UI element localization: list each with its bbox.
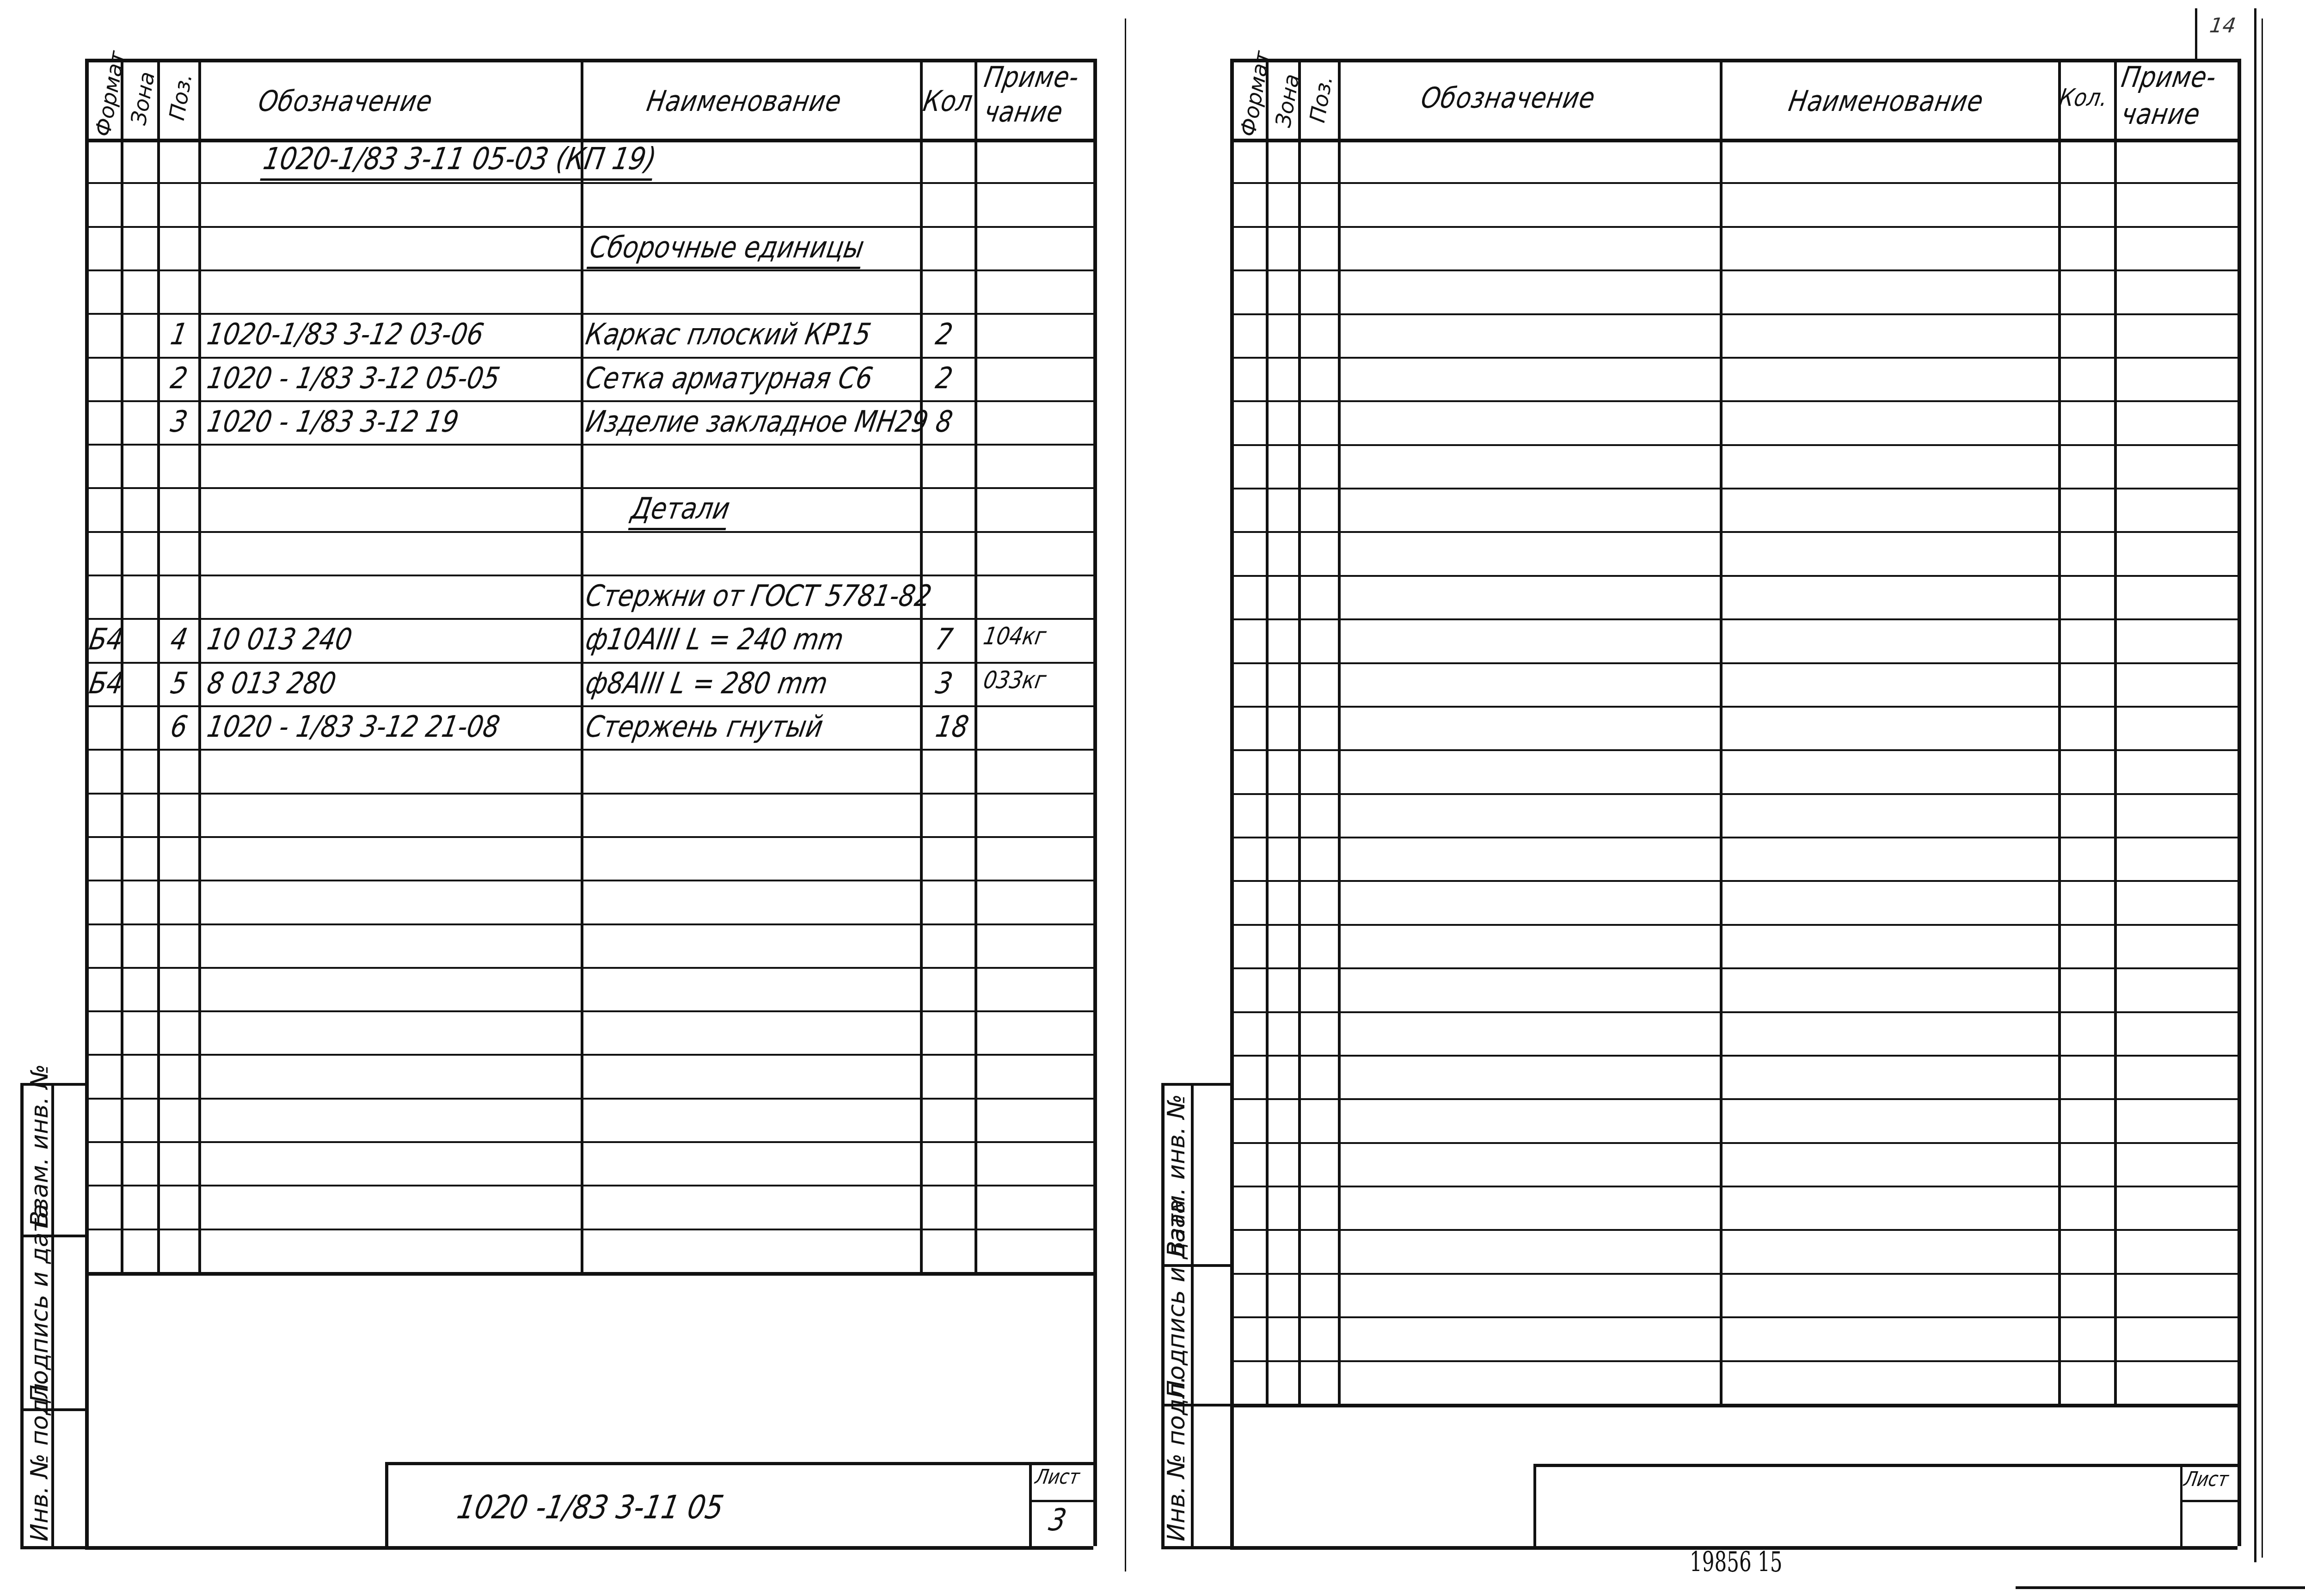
- left-sheet-cell-left: [1029, 1462, 1032, 1546]
- left-row-format: Б4: [86, 623, 126, 657]
- left-row-qty: 3: [933, 667, 955, 701]
- right-header-bottom-border: [1230, 139, 2238, 142]
- left-row-line: [85, 923, 1093, 925]
- left-column-line: [85, 59, 89, 1546]
- left-row-line: [85, 793, 1093, 795]
- left-stamp-inv-orig: Инв. № подл.: [26, 1376, 54, 1541]
- left-stamp-bottom: [20, 1546, 85, 1549]
- left-column-line: [121, 59, 123, 1272]
- right-row-line: [1230, 226, 2238, 228]
- left-header-pos: Поз.: [164, 72, 197, 122]
- left-sheet-number: 3: [1046, 1502, 1069, 1538]
- right-table-bottom-border: [1230, 1404, 2238, 1407]
- left-column-line: [1093, 59, 1097, 1546]
- left-row-name: Сетка арматурная С6: [583, 361, 875, 396]
- left-frame-bottom: [85, 1546, 1093, 1550]
- left-row-qty: 2: [933, 361, 955, 396]
- right-row-line: [1230, 1316, 2238, 1318]
- right-header-note-1: Приме-: [2119, 60, 2219, 94]
- left-sheet-label: Лист: [1034, 1465, 1082, 1489]
- right-row-line: [1230, 1011, 2238, 1013]
- right-stamp-bottom: [1161, 1546, 1230, 1549]
- left-row-name: Стержни от ГОСТ 5781-82: [583, 579, 934, 613]
- left-stamp-outer: [20, 1083, 24, 1546]
- left-row-pos: 3: [168, 405, 190, 439]
- left-row-line: [85, 400, 1093, 402]
- left-row-line: [85, 531, 1093, 533]
- left-row-designation: 10 013 240: [204, 623, 355, 657]
- left-row-name: Изделие закладное МН29: [583, 405, 931, 439]
- right-row-line: [1230, 662, 2238, 664]
- left-header-zone: Зона: [126, 70, 159, 127]
- left-stamp-signature-date: Подпись и дата: [26, 1204, 54, 1403]
- left-row-note: 033кг: [981, 667, 1048, 694]
- left-header-name: Наименование: [644, 84, 845, 118]
- left-row-line: [85, 182, 1093, 184]
- right-header-format: Формат: [1235, 49, 1275, 138]
- right-row-line: [1230, 1055, 2238, 1057]
- left-column-line: [975, 59, 977, 1272]
- right-row-line: [1230, 182, 2238, 184]
- left-row-qty: 2: [933, 318, 955, 352]
- right-row-line: [1230, 269, 2238, 271]
- right-column-line: [1338, 59, 1341, 1404]
- right-column-line: [1720, 59, 1723, 1404]
- left-row-name: Стержень гнутый: [583, 710, 825, 744]
- center-binding-line: [1125, 18, 1126, 1572]
- left-row-name: Сборочные единицы: [587, 231, 867, 269]
- left-spec-title: 1020-1/83 3-11 05-03 (КП 19): [260, 141, 659, 181]
- left-row-qty: 18: [933, 710, 971, 744]
- left-row-line: [85, 444, 1093, 446]
- right-row-line: [1230, 488, 2238, 489]
- left-row-line: [85, 1229, 1093, 1230]
- left-title-block-left: [385, 1462, 388, 1546]
- right-sheet-cell-divider: [2180, 1500, 2238, 1502]
- right-stamp-signature-date: Подпись и дата: [1163, 1199, 1190, 1398]
- left-row-designation: 1020 - 1/83 3-12 05-05: [204, 361, 502, 396]
- left-stamp-replace-inv: Взам. инв. №: [26, 1064, 54, 1227]
- left-header-note-2: чание: [982, 95, 1066, 128]
- left-row-line: [85, 749, 1093, 751]
- left-row-line: [85, 1185, 1093, 1186]
- left-row-name: Детали: [628, 492, 733, 530]
- right-row-line: [1230, 837, 2238, 838]
- left-row-designation: 1020 - 1/83 3-12 21-08: [204, 710, 502, 744]
- right-title-block-top: [1533, 1464, 2238, 1467]
- left-row-name: Каркас плоский КР15: [583, 318, 873, 352]
- right-header-pos: Поз.: [1305, 74, 1337, 125]
- right-title-block-left: [1533, 1464, 1536, 1546]
- left-row-line: [85, 705, 1093, 707]
- right-column-line: [2058, 59, 2061, 1404]
- right-row-line: [1230, 357, 2238, 359]
- right-column-line: [1298, 59, 1301, 1404]
- left-title-block-top: [385, 1462, 1093, 1465]
- left-row-pos: 6: [168, 710, 190, 744]
- left-row-pos: 2: [168, 361, 190, 396]
- right-stamp-top: [1161, 1083, 1230, 1086]
- left-row-line: [85, 1054, 1093, 1056]
- left-column-line: [581, 59, 583, 1272]
- right-row-line: [1230, 793, 2238, 795]
- right-row-line: [1230, 880, 2238, 882]
- right-row-line: [1230, 1360, 2238, 1362]
- right-column-line: [2238, 59, 2241, 1546]
- left-row-line: [85, 836, 1093, 838]
- right-row-line: [1230, 1186, 2238, 1187]
- left-title-block-designation: 1020 -1/83 3-11 05: [454, 1488, 726, 1526]
- left-row-line: [85, 880, 1093, 881]
- left-row-line: [85, 1010, 1093, 1012]
- left-row-qty: 7: [933, 623, 955, 657]
- right-row-line: [1230, 400, 2238, 402]
- right-row-line: [1230, 924, 2238, 926]
- left-table-bottom-border: [85, 1272, 1093, 1276]
- left-row-line: [85, 269, 1093, 271]
- left-row-format: Б4: [86, 667, 126, 701]
- right-header-designation: Обозначение: [1419, 81, 1598, 115]
- right-stamp-inv-orig: Инв. № подл.: [1163, 1376, 1190, 1541]
- right-stamp-inner: [1191, 1083, 1194, 1546]
- right-header-note-2: чание: [2119, 97, 2203, 131]
- left-row-line: [85, 967, 1093, 969]
- left-header-note-1: Приме-: [982, 60, 1082, 94]
- left-row-name: ф8АIII L = 280 mm: [583, 667, 830, 701]
- right-row-line: [1230, 1229, 2238, 1231]
- right-row-line: [1230, 706, 2238, 708]
- outer-right-margin-line: [2254, 8, 2256, 1562]
- right-row-line: [1230, 1142, 2238, 1144]
- right-column-line: [2114, 59, 2117, 1404]
- left-table-top-border: [85, 59, 1093, 62]
- left-row-line: [85, 618, 1093, 620]
- right-sheet-label: Лист: [2182, 1468, 2231, 1491]
- left-row-line: [85, 662, 1093, 664]
- left-row-line: [85, 575, 1093, 576]
- right-row-line: [1230, 575, 2238, 577]
- right-table-top-border: [1230, 59, 2238, 62]
- left-row-note: 104кг: [981, 623, 1048, 650]
- left-header-format: Формат: [90, 49, 130, 138]
- left-row-line: [85, 1098, 1093, 1100]
- right-row-line: [1230, 313, 2238, 315]
- right-column-line: [1230, 59, 1234, 1546]
- left-row-designation: 8 013 280: [204, 667, 338, 701]
- right-row-line: [1230, 444, 2238, 446]
- outer-right-margin-line-2: [2262, 18, 2263, 1558]
- left-row-pos: 1: [168, 318, 190, 352]
- right-row-line: [1230, 618, 2238, 620]
- right-page-mark: 14: [2208, 14, 2237, 37]
- left-row-line: [85, 226, 1093, 228]
- left-row-line: [85, 487, 1093, 489]
- left-row-designation: 1020 - 1/83 3-12 19: [204, 405, 461, 439]
- right-column-line: [1266, 59, 1269, 1404]
- left-row-line: [85, 1141, 1093, 1143]
- left-row-name: ф10АIII L = 240 mm: [583, 623, 846, 657]
- left-row-line: [85, 313, 1093, 315]
- page-mark-box-left: [2195, 8, 2197, 59]
- right-header-qty: Кол.: [2057, 84, 2110, 112]
- right-row-line: [1230, 1098, 2238, 1100]
- left-row-pos: 4: [168, 623, 190, 657]
- right-row-line: [1230, 967, 2238, 969]
- left-column-line: [157, 59, 160, 1272]
- right-row-line: [1230, 749, 2238, 751]
- left-row-pos: 5: [168, 667, 190, 701]
- left-column-line: [920, 59, 923, 1272]
- left-row-designation: 1020-1/83 3-12 03-06: [204, 318, 486, 352]
- right-sheet-cell-left: [2180, 1464, 2182, 1546]
- left-header-designation: Обозначение: [256, 84, 435, 118]
- left-column-line: [198, 59, 201, 1272]
- left-row-qty: 8: [933, 405, 955, 439]
- bottom-right-rule: [2016, 1586, 2305, 1589]
- archive-number-footer: 19856 15: [1690, 1546, 1782, 1578]
- left-row-line: [85, 357, 1093, 359]
- right-header-name: Наименование: [1786, 84, 1986, 118]
- left-header-qty: Кол: [921, 84, 976, 118]
- right-row-line: [1230, 1273, 2238, 1275]
- right-row-line: [1230, 531, 2238, 533]
